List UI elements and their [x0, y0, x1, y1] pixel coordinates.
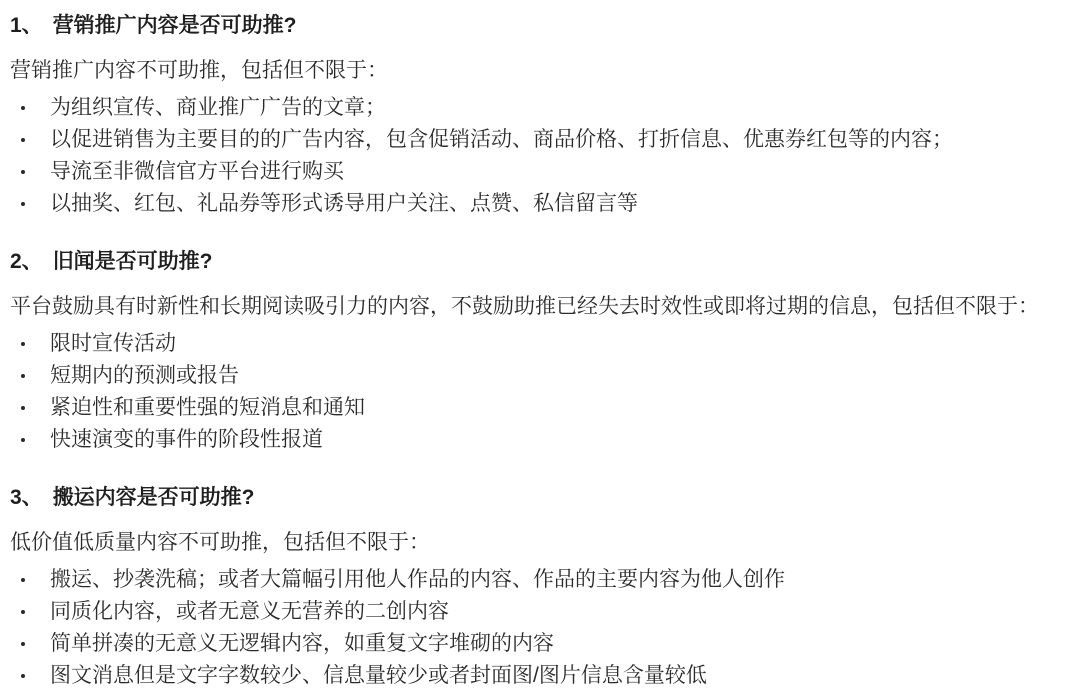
list-item-text: 紧迫性和重要性强的短消息和通知	[50, 396, 365, 419]
list-item: 导流至非微信官方平台进行购买	[10, 156, 1060, 188]
bullet-dot-icon	[21, 342, 25, 346]
faq-section-old-news: 2、旧闻是否可助推? 平台鼓励具有时新性和长期阅读吸引力的内容，不鼓励助推已经失…	[10, 248, 1060, 456]
section-heading: 1、营销推广内容是否可助推?	[10, 12, 1060, 40]
bullet-dot-icon	[21, 374, 25, 378]
bullet-dot-icon	[21, 170, 25, 174]
bullet-dot-icon	[21, 578, 25, 582]
list-item-text: 为组织宣传、商业推广广告的文章；	[50, 96, 386, 119]
list-item-text: 限时宣传活动	[50, 332, 176, 355]
bullet-dot-icon	[21, 106, 25, 110]
list-item: 以抽奖、红包、礼品券等形式诱导用户关注、点赞、私信留言等	[10, 188, 1060, 220]
faq-section-marketing: 1、营销推广内容是否可助推? 营销推广内容不可助推，包括但不限于： 为组织宣传、…	[10, 12, 1060, 220]
section-number: 2、	[10, 248, 43, 276]
list-item-text: 图文消息但是文字字数较少、信息量较少或者封面图/图片信息含量较低	[50, 664, 707, 687]
section-heading: 2、旧闻是否可助推?	[10, 248, 1060, 276]
section-question: 营销推广内容是否可助推?	[53, 14, 297, 37]
list-item: 图文消息但是文字字数较少、信息量较少或者封面图/图片信息含量较低	[10, 660, 1060, 692]
bullet-list: 搬运、抄袭洗稿；或者大篇幅引用他人作品的内容、作品的主要内容为他人创作 同质化内…	[10, 564, 1060, 692]
bullet-list: 限时宣传活动 短期内的预测或报告 紧迫性和重要性强的短消息和通知 快速演变的事件…	[10, 328, 1060, 456]
list-item: 简单拼凑的无意义无逻辑内容，如重复文字堆砌的内容	[10, 628, 1060, 660]
bullet-list: 为组织宣传、商业推广广告的文章； 以促进销售为主要目的的广告内容，包含促销活动、…	[10, 92, 1060, 220]
document-page: 1、营销推广内容是否可助推? 营销推广内容不可助推，包括但不限于： 为组织宣传、…	[0, 0, 1080, 693]
section-number: 1、	[10, 12, 43, 40]
list-item-text: 短期内的预测或报告	[50, 364, 239, 387]
section-number: 3、	[10, 484, 43, 512]
section-question: 搬运内容是否可助推?	[53, 486, 255, 509]
list-item: 为组织宣传、商业推广广告的文章；	[10, 92, 1060, 124]
list-item: 以促进销售为主要目的的广告内容，包含促销活动、商品价格、打折信息、优惠券红包等的…	[10, 124, 1060, 156]
bullet-dot-icon	[21, 610, 25, 614]
list-item: 同质化内容，或者无意义无营养的二创内容	[10, 596, 1060, 628]
list-item-text: 快速演变的事件的阶段性报道	[50, 428, 323, 451]
section-intro: 营销推广内容不可助推，包括但不限于：	[10, 58, 1060, 84]
list-item-text: 搬运、抄袭洗稿；或者大篇幅引用他人作品的内容、作品的主要内容为他人创作	[50, 568, 785, 591]
bullet-dot-icon	[21, 642, 25, 646]
list-item-text: 同质化内容，或者无意义无营养的二创内容	[50, 600, 449, 623]
section-question: 旧闻是否可助推?	[53, 250, 213, 273]
section-heading: 3、搬运内容是否可助推?	[10, 484, 1060, 512]
list-item-text: 导流至非微信官方平台进行购买	[50, 160, 344, 183]
bullet-dot-icon	[21, 138, 25, 142]
list-item-text: 以抽奖、红包、礼品券等形式诱导用户关注、点赞、私信留言等	[50, 192, 638, 215]
list-item: 紧迫性和重要性强的短消息和通知	[10, 392, 1060, 424]
list-item-text: 以促进销售为主要目的的广告内容，包含促销活动、商品价格、打折信息、优惠券红包等的…	[50, 128, 953, 151]
bullet-dot-icon	[21, 202, 25, 206]
list-item: 短期内的预测或报告	[10, 360, 1060, 392]
bullet-dot-icon	[21, 438, 25, 442]
section-intro: 平台鼓励具有时新性和长期阅读吸引力的内容，不鼓励助推已经失去时效性或即将过期的信…	[10, 294, 1060, 320]
list-item: 限时宣传活动	[10, 328, 1060, 360]
bullet-dot-icon	[21, 406, 25, 410]
list-item-text: 简单拼凑的无意义无逻辑内容，如重复文字堆砌的内容	[50, 632, 554, 655]
bullet-dot-icon	[21, 674, 25, 678]
list-item: 快速演变的事件的阶段性报道	[10, 424, 1060, 456]
section-intro: 低价值低质量内容不可助推，包括但不限于：	[10, 530, 1060, 556]
list-item: 搬运、抄袭洗稿；或者大篇幅引用他人作品的内容、作品的主要内容为他人创作	[10, 564, 1060, 596]
faq-section-reposted-content: 3、搬运内容是否可助推? 低价值低质量内容不可助推，包括但不限于： 搬运、抄袭洗…	[10, 484, 1060, 692]
